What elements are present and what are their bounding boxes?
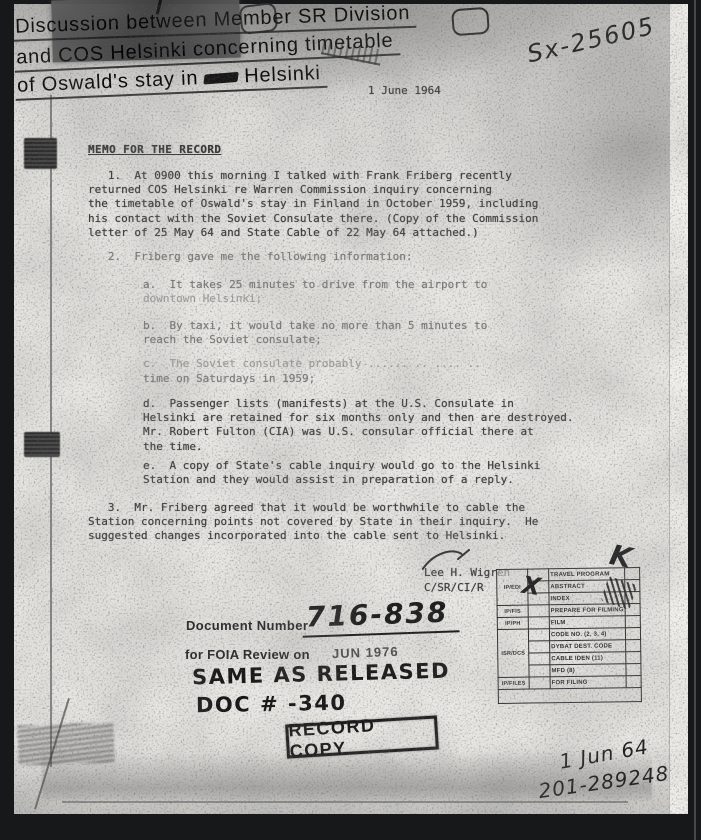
item-a-line2: downtown Helsinki;: [143, 292, 262, 306]
routing-label: IP/FILES: [498, 677, 529, 689]
routing-action: FILM: [549, 616, 625, 629]
routing-end-cell: [626, 640, 641, 652]
handwritten-subject: Discussion between Member SR Division an…: [13, 0, 690, 100]
routing-end-cell: [626, 663, 641, 675]
subject-line-3-pre: of Oswald's stay in: [17, 67, 199, 97]
routing-label: IP/FIS: [497, 605, 528, 617]
routing-label: IP/PH: [497, 617, 528, 629]
item-a-line1: a. It takes 25 minutes to drive from the…: [143, 278, 487, 292]
routing-end-cell: [625, 616, 640, 628]
routing-checkbox: [528, 605, 549, 617]
routing-action: MFD (8): [550, 664, 626, 677]
scanned-memo-screenshot: { "memo": { "date": "1 June 1964", "memo…: [0, 0, 701, 840]
same-as-released-handwriting: SAME AS RELEASED: [192, 659, 451, 690]
record-copy-stamp: RECORD COPY: [285, 715, 439, 758]
routing-action: CABLE IDEN (11): [550, 652, 626, 665]
foia-review-label: for FOIA Review on: [185, 647, 310, 662]
routing-checkbox: [529, 665, 550, 677]
abstract-check-mark: X: [520, 571, 542, 601]
routing-empty-row: [498, 687, 641, 703]
scan-frame-line: [694, 0, 696, 840]
document-page: Sx-25605 1 June 1964 Discussion between …: [14, 4, 688, 814]
item-e: e. A copy of State's cable inquiry would…: [143, 459, 540, 487]
foia-review-date-stamp: JUN 1976: [332, 644, 399, 661]
routing-checkbox: [529, 641, 550, 653]
vertical-fold-line: [50, 95, 52, 767]
routing-checkbox: [528, 617, 549, 629]
document-number-value: 716-838: [301, 595, 459, 637]
routing-action: FOR FILING: [550, 676, 626, 689]
memo-for-the-record-label: MEMO FOR THE RECORD: [88, 143, 221, 157]
paragraph-3: 3. Mr. Friberg agreed that it would be w…: [88, 501, 538, 544]
document-number-label: Document Number: [186, 618, 308, 633]
scribbled-out-word: [204, 72, 240, 85]
routing-action: DYBAT DEST. CODE: [550, 640, 626, 653]
routing-action: PREPARE FOR FILMING: [549, 604, 625, 617]
binding-mark-upper: [24, 138, 57, 169]
doc-number-released-handwriting: DOC # -340: [196, 691, 347, 718]
routing-checkbox: [529, 653, 550, 665]
subject-line-3-post: Helsinki: [244, 62, 321, 87]
routing-action: CODE NO. (2, 3, 4): [549, 628, 625, 641]
binding-mark-lower: [24, 432, 60, 457]
item-c-line2: time on Saturdays in 1959;: [143, 372, 315, 386]
paragraph-2: 2. Friberg gave me the following informa…: [88, 250, 413, 264]
routing-checkbox: [528, 629, 549, 641]
record-copy-text: RECORD COPY: [288, 712, 436, 763]
item-c-line1: c. The Soviet consulate probably ...... …: [143, 357, 481, 371]
routing-end-cell: [626, 675, 641, 687]
routing-checkbox: [529, 677, 550, 689]
paragraph-1: 1. At 0900 this morning I talked with Fr…: [88, 169, 538, 240]
routing-label: ISR/DCS: [497, 629, 529, 677]
item-d: d. Passenger lists (manifests) at the U.…: [143, 397, 573, 454]
item-b: b. By taxi, it would take no more than 5…: [143, 319, 487, 347]
routing-end-cell: [626, 651, 641, 663]
signature-title: C/SR/CI/R: [424, 581, 484, 595]
routing-end-cell: [625, 628, 640, 640]
page-right-margin: [669, 4, 688, 814]
